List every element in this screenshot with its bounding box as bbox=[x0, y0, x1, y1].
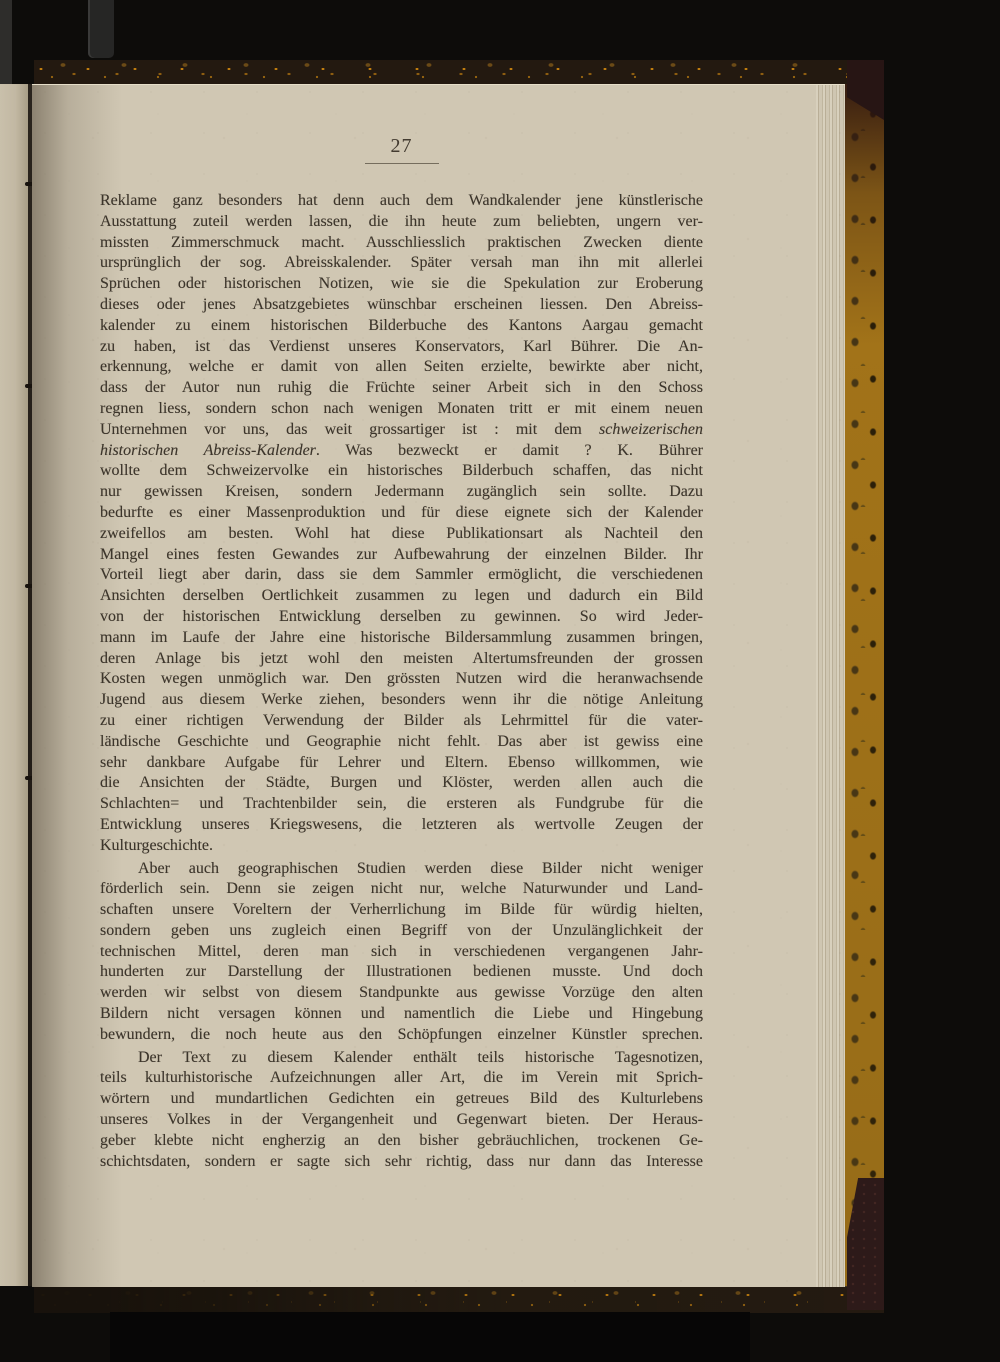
page-number: 27 bbox=[100, 135, 703, 158]
text-line: zu haben, ist das Verdienst unseres Kons… bbox=[100, 337, 703, 358]
text-line: teils kulturhistorische Aufzeichnungen a… bbox=[100, 1068, 703, 1089]
text-line: Der Text zu diesem Kalender enthält teil… bbox=[100, 1048, 703, 1069]
text-line: von der historischen Entwicklung derselb… bbox=[100, 607, 703, 628]
text-line: nur gewissen Kreisen, sondern Jedermann … bbox=[100, 482, 703, 503]
text-line: technischen Mittel, deren man sich in ve… bbox=[100, 942, 703, 963]
text-line: dass der Autor nun ruhig die Früchte sei… bbox=[100, 378, 703, 399]
text-line: kalender zu einem historischen Bilderbuc… bbox=[100, 316, 703, 337]
text-line: schichtsdaten, sondern er sagte sich seh… bbox=[100, 1152, 703, 1173]
text-line: Unternehmen vor uns, das weit grossartig… bbox=[100, 420, 703, 441]
text-line: Entwicklung unseres Kriegswesens, die le… bbox=[100, 815, 703, 836]
text-line: wörtern und mundartlichen Gedichten ein … bbox=[100, 1089, 703, 1110]
marbled-cover-edge-bottom bbox=[34, 1286, 884, 1313]
paragraph: Reklame ganz besonders hat denn auch dem… bbox=[100, 191, 703, 857]
text-line: Jugend aus diesem Werke ziehen, besonder… bbox=[100, 690, 703, 711]
text-line: dieses oder jenes Absatzgebietes wünschb… bbox=[100, 295, 703, 316]
text-line: Schlachten= und Trachtenbilder sein, die… bbox=[100, 794, 703, 815]
paragraph: Der Text zu diesem Kalender enthält teil… bbox=[100, 1048, 703, 1173]
text-line: ländische Geschichte und Geographie nich… bbox=[100, 732, 703, 753]
scanned-book-page: 27 Reklame ganz besonders hat denn auch … bbox=[0, 0, 1000, 1362]
text-line: sehr dankbare Aufgabe für Lehrer und Elt… bbox=[100, 753, 703, 774]
scanner-clamp-left bbox=[0, 0, 12, 88]
text-line: Kosten wegen unmöglich war. Den grössten… bbox=[100, 669, 703, 690]
page-fore-edge bbox=[816, 85, 845, 1287]
text-line: missten Zimmerschmuck macht. Ausschliess… bbox=[100, 233, 703, 254]
text-line: hunderten zur Darstellung der Illustrati… bbox=[100, 962, 703, 983]
text-line: Aber auch geographischen Studien werden … bbox=[100, 859, 703, 880]
text-block: Reklame ganz besonders hat denn auch dem… bbox=[100, 191, 703, 1172]
text-line: Ausstattung zuteil werden lassen, die ih… bbox=[100, 212, 703, 233]
text-line: Reklame ganz besonders hat denn auch dem… bbox=[100, 191, 703, 212]
text-line: sondern geben uns zugleich einen Begriff… bbox=[100, 921, 703, 942]
marbled-cover-edge-top bbox=[34, 60, 884, 86]
page-stack-left bbox=[0, 84, 28, 1286]
text-line: deren Anlage bis jetzt wohl den meisten … bbox=[100, 649, 703, 670]
text-line: förderlich sein. Denn sie zeigen nicht n… bbox=[100, 879, 703, 900]
text-line: erkennung, welche er damit von allen Sei… bbox=[100, 357, 703, 378]
page-header: 27 bbox=[100, 135, 703, 164]
text-line: Sprüchen oder historischen Notizen, wie … bbox=[100, 274, 703, 295]
text-line: Ansichten derselben Oertlichkeit zusamme… bbox=[100, 586, 703, 607]
text-line: mann im Laufe der Jahre eine historische… bbox=[100, 628, 703, 649]
text-line: unseres Volkes in der Vergangenheit und … bbox=[100, 1110, 703, 1131]
text-line: ursprünglich der sog. Abreisskalender. S… bbox=[100, 253, 703, 274]
text-line: Kulturgeschichte. bbox=[100, 836, 703, 857]
book-cover-bottom bbox=[110, 1312, 750, 1362]
text-line: schaften unsere Voreltern der Verherrlic… bbox=[100, 900, 703, 921]
text-line: bewundern, die noch heute aus den Schöpf… bbox=[100, 1025, 703, 1046]
text-line: die Ansichten der Städte, Burgen und Klö… bbox=[100, 773, 703, 794]
scanner-clamp-top bbox=[88, 0, 114, 58]
book-page: 27 Reklame ganz besonders hat denn auch … bbox=[32, 84, 845, 1287]
text-line: Mangel eines festen Gewandes zur Aufbewa… bbox=[100, 545, 703, 566]
text-line: historischen Abreiss-Kalender. Was bezwe… bbox=[100, 441, 703, 462]
marbled-cover-edge-right bbox=[845, 84, 884, 1286]
text-line: Vorteil liegt aber darin, dass sie dem S… bbox=[100, 565, 703, 586]
text-line: wollte dem Schweizervolke ein historisch… bbox=[100, 461, 703, 482]
paragraph: Aber auch geographischen Studien werden … bbox=[100, 859, 703, 1046]
text-line: Bildern nicht versagen können und nament… bbox=[100, 1004, 703, 1025]
page-number-rule bbox=[365, 163, 439, 164]
text-line: bedurfte es einer Massenproduktion und f… bbox=[100, 503, 703, 524]
text-line: zweifellos am besten. Wohl hat diese Pub… bbox=[100, 524, 703, 545]
text-line: regnen liess, sondern schon nach wenigen… bbox=[100, 399, 703, 420]
text-line: geber klebte nicht engherzig an den bish… bbox=[100, 1131, 703, 1152]
text-line: zu einer richtigen Verwendung der Bilder… bbox=[100, 711, 703, 732]
text-line: werden wir selbst von diesem Standpunkte… bbox=[100, 983, 703, 1004]
